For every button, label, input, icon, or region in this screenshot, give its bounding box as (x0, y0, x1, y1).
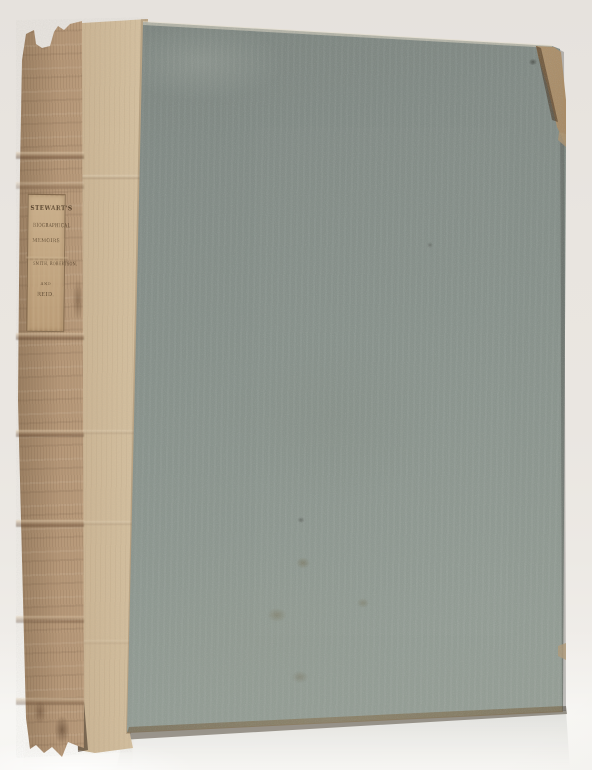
antique-book: STEWART'S BIOGRAPHICAL MEMOIRS SMITH, RO… (0, 0, 592, 770)
spine-label-subject: REID. (29, 292, 63, 298)
spine-label-title-owner: STEWART'S (30, 204, 62, 212)
spine-label: STEWART'S BIOGRAPHICAL MEMOIRS SMITH, RO… (26, 194, 65, 332)
spine-label-title-word: BIOGRAPHICAL (33, 223, 60, 229)
paper-grain-texture (0, 0, 592, 770)
spine-label-crease (26, 257, 68, 260)
photo-scene: STEWART'S BIOGRAPHICAL MEMOIRS SMITH, RO… (0, 0, 592, 770)
spine-label-conjunction: AND (29, 281, 63, 286)
spine-label-subjects: SMITH, ROBERTSON, (33, 262, 59, 267)
spine-label-title-word: MEMOIRS (30, 238, 63, 244)
